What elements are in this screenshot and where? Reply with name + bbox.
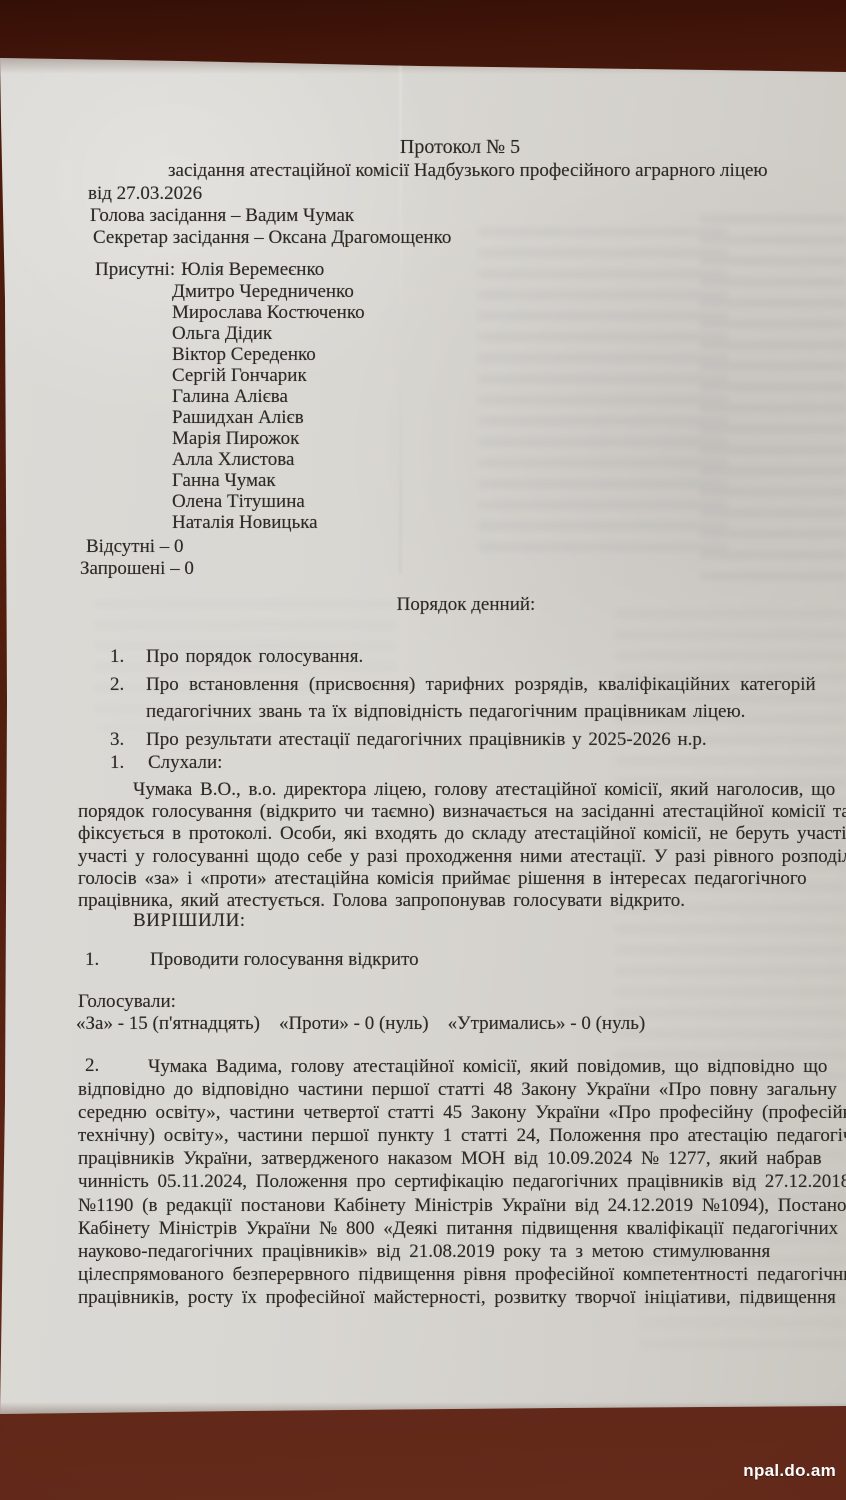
paragraph-line: відповідно до відповідно частини першої … — [78, 1078, 846, 1101]
present-row: Присутні:Юлія Веремеєнко — [95, 259, 324, 281]
attendee-name: Мирослава Костюченко — [172, 302, 365, 323]
attendee-name: Марія Пирожок — [172, 428, 365, 449]
attendee-name: Галина Алієва — [172, 386, 365, 407]
attendee-name: Алла Хлистова — [172, 449, 365, 470]
agenda-list: 1. Про порядок голосування. 2. Про встан… — [110, 643, 816, 753]
paragraph-line: науково-педагогічних працівників» від 21… — [78, 1240, 846, 1263]
section1-number: 1. — [110, 752, 148, 774]
agenda-item: 2. Про встановлення (присвоєння) тарифни… — [110, 671, 816, 699]
voting-label: Голосували: — [78, 991, 176, 1013]
agenda-item-text: Про встановлення (присвоєння) тарифних р… — [146, 671, 816, 699]
secretary-line: Секретар засідання – Оксана Драгомощенко — [93, 227, 451, 249]
agenda-item-number: 1. — [110, 643, 146, 671]
attendee-name: Юлія Веремеєнко — [181, 259, 324, 280]
document-content: Протокол № 5 засідання атестаційної комі… — [0, 0, 846, 1500]
agenda-item: 3. Про результати атестації педагогічних… — [110, 726, 816, 754]
paragraph-line: працівників, росту їх професійної майсте… — [78, 1286, 846, 1309]
paragraph-line: працівників України, затвердженого наказ… — [78, 1147, 846, 1170]
paragraph-line: фіксується в протоколі. Особи, які входя… — [78, 823, 846, 845]
paragraph-line: голосів «за» і «проти» атестаційна коміс… — [78, 868, 846, 890]
watermark: npal.do.am — [743, 1461, 836, 1481]
paragraph-line: участі у голосуванні щодо себе у разі пр… — [78, 846, 846, 868]
absent-line: Відсутні – 0 — [86, 536, 184, 558]
paragraph-line: працівника, який атестується. Голова зап… — [78, 890, 846, 912]
attendee-name: Ольга Дідик — [172, 323, 365, 344]
agenda-item-number: 2. — [110, 671, 146, 699]
attendee-name: Рашидхан Алієв — [172, 407, 365, 428]
paragraph-line: середню освіту», частини четвертої статт… — [78, 1101, 846, 1124]
paragraph-line: технічну) освіту», частини першої пункту… — [78, 1124, 846, 1147]
paragraph-line: чинність 05.11.2024, Положення про серти… — [78, 1170, 846, 1193]
present-label: Присутні: — [95, 259, 175, 280]
attendees-list: Дмитро ЧередниченкоМирослава КостюченкоО… — [172, 281, 365, 533]
agenda-item-number — [110, 698, 146, 726]
attendee-name: Наталія Новицька — [172, 512, 365, 533]
agenda-item-number: 3. — [110, 726, 146, 754]
resolution-text: Проводити голосування відкрито — [150, 949, 419, 971]
doc-title: Протокол № 5 — [60, 136, 846, 159]
paragraph-line: №1190 (в редакції постанови Кабінету Мін… — [78, 1194, 846, 1217]
agenda-heading: Порядок денний: — [66, 594, 846, 616]
invited-line: Запрошені – 0 — [80, 558, 194, 580]
paper-sheet: Протокол № 5 засідання атестаційної комі… — [0, 0, 846, 1500]
paragraph-line: Чумака В.О., в.о. директора ліцею, голов… — [78, 779, 846, 801]
section1-paragraph: Чумака В.О., в.о. директора ліцею, голов… — [78, 779, 846, 912]
voting-results: «За» - 15 (п'ятнадцять) «Проти» - 0 (нул… — [76, 1013, 645, 1035]
agenda-item: педагогічних звань та їх відповідність п… — [110, 698, 816, 726]
attendee-name: Олена Тітушина — [172, 491, 365, 512]
agenda-item: 1. Про порядок голосування. — [110, 643, 816, 671]
agenda-item-text: педагогічних звань та їх відповідність п… — [146, 698, 745, 726]
section1-heading: 1. Слухали: — [110, 752, 222, 774]
attendee-name: Віктор Середенко — [172, 344, 365, 365]
paragraph-line: Кабінету Міністрів України № 800 «Деякі … — [78, 1217, 846, 1240]
resolution-line: 1. Проводити голосування відкрито — [85, 949, 419, 971]
document-photo: Протокол № 5 засідання атестаційної комі… — [0, 0, 846, 1500]
attendee-name: Дмитро Чередниченко — [172, 281, 365, 302]
chair-line: Голова засідання – Вадим Чумак — [90, 205, 354, 227]
paragraph-line: порядок голосування (відкрито чи таємно)… — [78, 801, 846, 823]
attendee-name: Ганна Чумак — [172, 470, 365, 491]
agenda-item-text: Про порядок голосування. — [146, 643, 363, 671]
paragraph-line: Чумака Вадима, голову атестаційної коміс… — [78, 1055, 846, 1078]
doc-date-line: від 27.03.2026 — [88, 183, 202, 205]
doc-subtitle: засідання атестаційної комісії Надбузько… — [168, 160, 768, 182]
section2-lines: Чумака Вадима, голову атестаційної коміс… — [78, 1055, 846, 1309]
paragraph-line: цілеспрямованого безперервного підвищенн… — [78, 1263, 846, 1286]
resolution-number: 1. — [85, 949, 150, 971]
agenda-item-text: Про результати атестації педагогічних пр… — [146, 726, 707, 754]
attendee-name: Сергій Гончарик — [172, 365, 365, 386]
section1-label: Слухали: — [148, 752, 222, 774]
resolved-heading: ВИРІШИЛИ: — [133, 910, 246, 932]
